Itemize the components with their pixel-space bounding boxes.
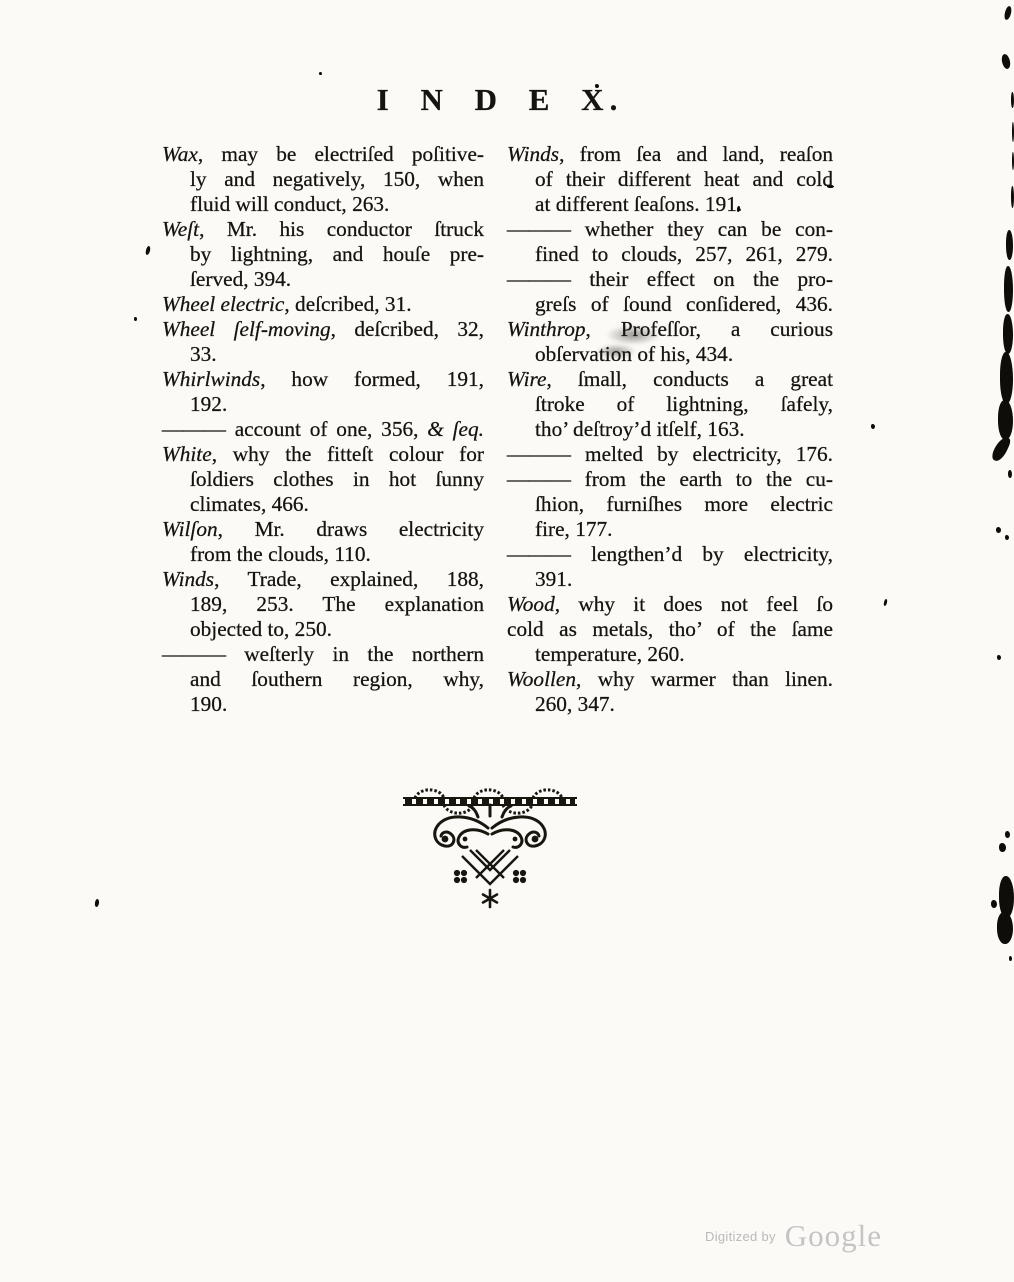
index-line: of their different heat and cold	[507, 167, 833, 192]
index-line: objected to, 250.	[162, 617, 484, 642]
index-line: Winthrop, Profeſſor, a curious	[507, 317, 833, 342]
scan-artifact	[1006, 230, 1013, 260]
index-line: from the clouds, 110.	[162, 542, 484, 567]
book-page: I N D E X. Wax, may be electriſed poſiti…	[0, 0, 1014, 1282]
index-line: Woollen, why warmer than linen.	[507, 667, 833, 692]
scan-artifact	[827, 185, 834, 188]
index-line: Weſt, Mr. his conductor ſtruck	[162, 217, 484, 242]
scan-artifact	[999, 843, 1006, 852]
index-line: by lightning, and houſe pre-	[162, 242, 484, 267]
scan-artifact	[997, 655, 1001, 660]
digitized-by-google: Digitized by Google	[705, 1218, 945, 1254]
index-line: Wilſon, Mr. draws electricity	[162, 517, 484, 542]
scan-artifact	[134, 317, 137, 321]
scan-artifact	[1000, 352, 1013, 404]
index-line: Wire, ſmall, conducts a great	[507, 367, 833, 392]
index-line: tho’ deſtroy’d itſelf, 163.	[507, 417, 833, 442]
ink-smudge	[596, 344, 636, 359]
index-column-left: Wax, may be electriſed poſitive-ly and n…	[162, 142, 484, 717]
index-line: ——— weſterly in the northern	[162, 642, 484, 667]
index-line: 189, 253. The explanation	[162, 592, 484, 617]
index-line: fined to clouds, 257, 261, 279.	[507, 242, 833, 267]
scan-artifact	[1005, 831, 1010, 838]
scan-artifact	[1004, 266, 1013, 312]
index-line: ſtroke of lightning, ſafely,	[507, 392, 833, 417]
scan-artifact	[1008, 470, 1012, 478]
index-line: and ſouthern region, why,	[162, 667, 484, 692]
scan-artifact	[1009, 956, 1012, 961]
ink-smudge	[606, 325, 660, 345]
scan-artifact	[990, 435, 1012, 464]
index-line: greſs of ſound conſidered, 436.	[507, 292, 833, 317]
index-line: Wheel ſelf-moving, deſcribed, 32,	[162, 317, 484, 342]
index-line: ſhion, furniſhes more electric	[507, 492, 833, 517]
scan-artifact	[595, 84, 599, 88]
scan-artifact	[1003, 5, 1012, 20]
digitized-by-label: Digitized by	[705, 1229, 776, 1244]
page-title: I N D E X.	[0, 82, 1000, 118]
scan-artifact	[145, 246, 151, 256]
index-line: 260, 347.	[507, 692, 833, 717]
google-logo: Google	[785, 1218, 882, 1254]
index-line: cold as metals, tho’ of the ſame	[507, 617, 833, 642]
index-line: climates, 466.	[162, 492, 484, 517]
index-column-right: Winds, from ſea and land, reaſonof their…	[507, 142, 833, 717]
scan-artifact	[319, 72, 322, 75]
index-line: ——— their effect on the pro-	[507, 267, 833, 292]
scan-artifact	[871, 424, 875, 429]
index-line: 33.	[162, 342, 484, 367]
index-line: ——— whether they can be con-	[507, 217, 833, 242]
index-line: ——— melted by electricity, 176.	[507, 442, 833, 467]
index-line: White, why the fitteſt colour for	[162, 442, 484, 467]
index-line: 190.	[162, 692, 484, 717]
index-line: Whirlwinds, how formed, 191,	[162, 367, 484, 392]
index-line: ——— from the earth to the cu-	[507, 467, 833, 492]
scan-artifact	[1003, 314, 1013, 354]
index-line: ——— lengthen’d by electricity,	[507, 542, 833, 567]
scan-artifact	[996, 527, 1001, 533]
index-line: 192.	[162, 392, 484, 417]
index-line: Wheel electric, deſcribed, 31.	[162, 292, 484, 317]
index-line: ly and negatively, 150, when	[162, 167, 484, 192]
tailpiece-ornament	[399, 786, 581, 912]
scan-artifact	[883, 599, 888, 607]
index-line: fire, 177.	[507, 517, 833, 542]
index-line: fluid will conduct, 263.	[162, 192, 484, 217]
index-line: Winds, from ſea and land, reaſon	[507, 142, 833, 167]
index-line: Wood, why it does not feel ſo	[507, 592, 833, 617]
index-line: Wax, may be electriſed poſitive-	[162, 142, 484, 167]
scan-artifact	[997, 912, 1013, 944]
scan-artifact	[998, 400, 1013, 440]
index-line: 391.	[507, 567, 833, 592]
index-line: Winds, Trade, explained, 188,	[162, 567, 484, 592]
scan-artifact	[991, 900, 997, 908]
index-line: at different ſeaſons. 191.	[507, 192, 833, 217]
scan-artifact	[1000, 53, 1013, 70]
scan-artifact	[1005, 535, 1009, 540]
index-line: temperature, 260.	[507, 642, 833, 667]
index-line: ſerved, 394.	[162, 267, 484, 292]
scan-artifact	[94, 899, 99, 908]
index-line: ſoldiers clothes in hot ſunny	[162, 467, 484, 492]
index-line: obſervation of his, 434.	[507, 342, 833, 367]
index-line: ——— account of one, 356, & ſeq.	[162, 417, 484, 442]
